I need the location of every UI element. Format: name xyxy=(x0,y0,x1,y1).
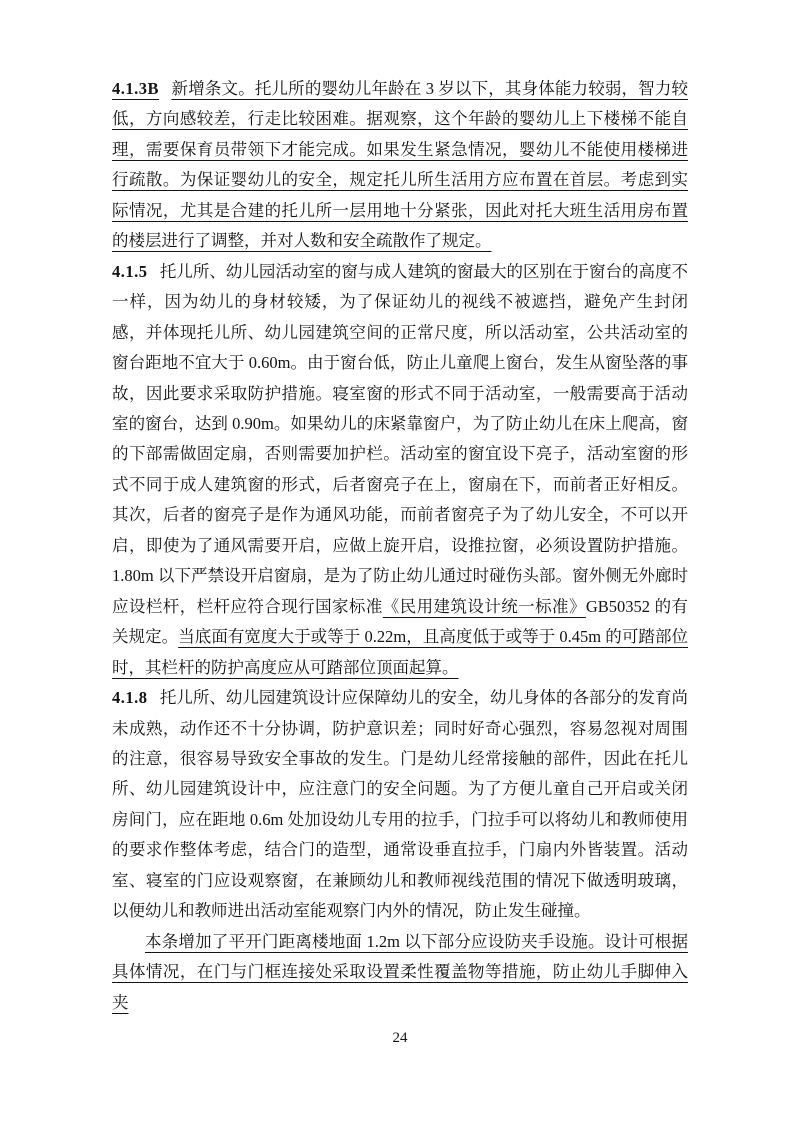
document-page: 4.1.3B新增条文。托儿所的婴幼儿年龄在 3 岁以下，其身体能力较弱，智力较低… xyxy=(0,0,800,1131)
added-note-text: 本条增加了平开门距离楼地面 1.2m 以下部分应设防夹手设施。设计可根据具体情况… xyxy=(112,932,688,1012)
paragraph-added-note: 本条增加了平开门距离楼地面 1.2m 以下部分应设防夹手设施。设计可根据具体情况… xyxy=(112,927,688,1018)
clause-number-4-1-5: 4.1.5 xyxy=(112,262,148,281)
paragraph-clause-4-1-3b: 4.1.3B新增条文。托儿所的婴幼儿年龄在 3 岁以下，其身体能力较弱，智力较低… xyxy=(112,74,688,257)
paragraph-clause-4-1-5: 4.1.5托儿所、幼儿园活动室的窗与成人建筑的窗最大的区别在于窗台的高度不一样，… xyxy=(112,257,688,683)
paragraph-clause-4-1-8: 4.1.8托儿所、幼儿园建筑设计应保障幼儿的安全，幼儿身体的各部分的发育尚未成熟… xyxy=(112,683,688,927)
standard-title-reference: 《民用建筑设计统一标准》 xyxy=(383,597,586,616)
underlined-clause-wrapper: 4.1.3B新增条文。托儿所的婴幼儿年龄在 3 岁以下，其身体能力较弱，智力较低… xyxy=(112,79,688,250)
clause-text-4-1-8: 托儿所、幼儿园建筑设计应保障幼儿的安全，幼儿身体的各部分的发育尚未成熟，动作还不… xyxy=(112,688,688,920)
document-body: 4.1.3B新增条文。托儿所的婴幼儿年龄在 3 岁以下，其身体能力较弱，智力较低… xyxy=(112,74,688,1018)
clause-text-4-1-5-added: 当底面有宽度大于或等于 0.22m，且高度低于或等于 0.45m 的可踏部位时，… xyxy=(112,627,688,676)
clause-number-4-1-8: 4.1.8 xyxy=(112,688,148,707)
clause-text-4-1-5-part1: 托儿所、幼儿园活动室的窗与成人建筑的窗最大的区别在于窗台的高度不一样，因为幼儿的… xyxy=(112,262,688,616)
clause-text-4-1-3b: 新增条文。托儿所的婴幼儿年龄在 3 岁以下，其身体能力较弱，智力较低，方向感较差… xyxy=(112,79,688,250)
page-number: 24 xyxy=(0,1030,800,1047)
clause-number-4-1-3b: 4.1.3B xyxy=(112,79,159,98)
